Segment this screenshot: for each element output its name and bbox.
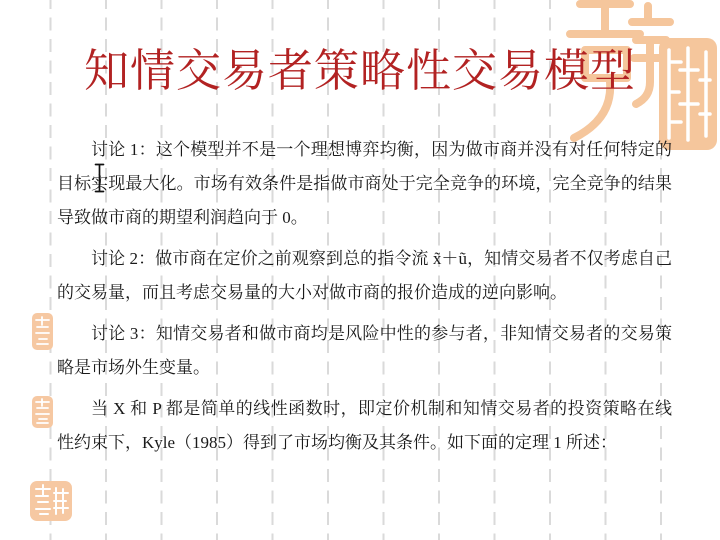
seal-stamp-icon xyxy=(30,481,72,521)
i-beam-cursor-icon xyxy=(94,163,105,193)
paragraph-kyle-theorem: 当 X 和 P 都是简单的线性函数时，即定价机制和知情交易者的投资策略在线性约束… xyxy=(57,392,672,460)
paragraph-discussion-2: 讨论 2：做市商在定价之前观察到总的指令流 x̃＋ũ，知情交易者不仅考虑自己的交… xyxy=(57,242,672,310)
seal-stamp-icon xyxy=(32,313,53,350)
paragraph-discussion-3: 讨论 3：知情交易者和做市商均是风险中性的参与者，非知情交易者的交易策略是市场外… xyxy=(57,317,672,385)
paragraph-discussion-1: 讨论 1：这个模型并不是一个理想博弈均衡，因为做市商并没有对任何特定的目标实现最… xyxy=(57,133,672,235)
seal-stamp-icon xyxy=(32,396,53,428)
slide-title: 知情交易者策略性交易模型 xyxy=(0,34,720,99)
slide-body: 讨论 1：这个模型并不是一个理想博弈均衡，因为做市商并没有对任何特定的目标实现最… xyxy=(57,133,672,467)
presentation-slide: 知情交易者策略性交易模型 讨论 1：这个模型并不是一个理想博弈均衡，因为做市商并… xyxy=(0,0,720,540)
